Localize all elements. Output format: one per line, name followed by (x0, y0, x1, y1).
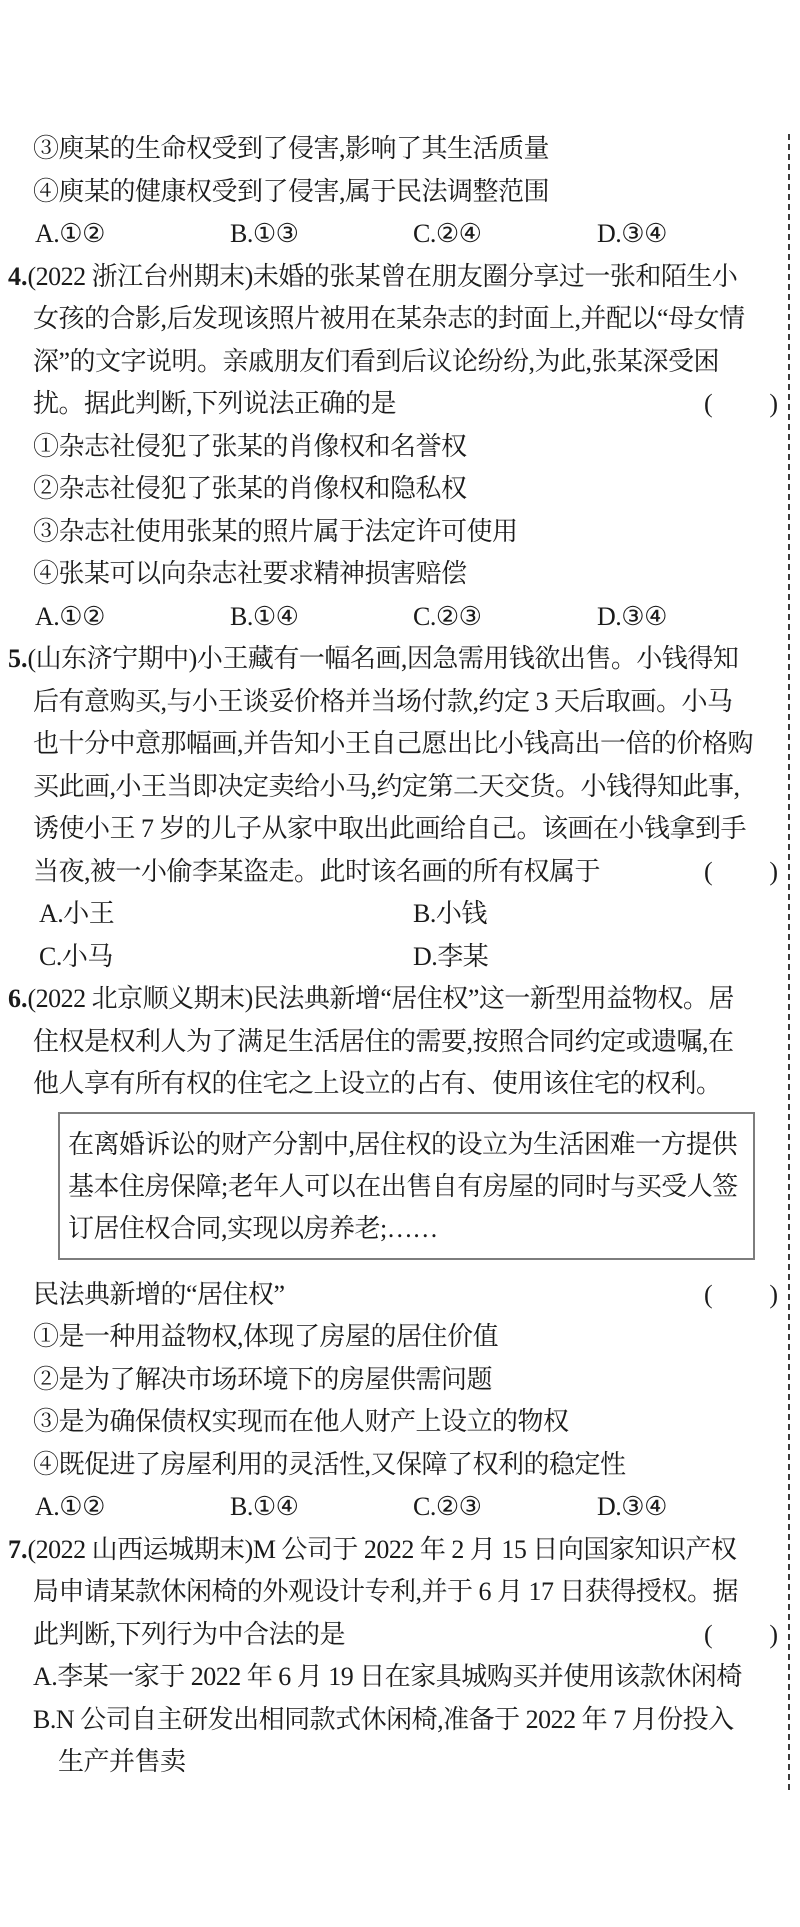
question-number: 5. (8, 644, 28, 673)
answer-options-row: A.小王 B.小钱 (0, 893, 780, 936)
question-line: 后有意购买,与小王谈妥价格并当场付款,约定 3 天后取画。小马 (0, 681, 780, 724)
statement-item: ④既促进了房屋利用的灵活性,又保障了权利的稳定性 (0, 1444, 780, 1487)
question-line: 局申请某款休闲椅的外观设计专利,并于 6 月 17 日获得授权。据 (0, 1571, 780, 1614)
question-line: 他人享有所有权的住宅之上设立的占有、使用该住宅的权利。 (0, 1063, 780, 1106)
question-stem-line: 此判断,下列行为中合法的是 ( ) (0, 1614, 780, 1657)
material-line: 基本住房保障;老年人可以在出售自有房屋的同时与买受人签 (68, 1166, 747, 1208)
answer-bracket: ( ) (704, 851, 778, 894)
question-text: 此判断,下列行为中合法的是 (33, 1614, 345, 1657)
option-c: C.小马 (39, 936, 413, 979)
option-d: D.③④ (597, 1486, 667, 1529)
bracket-open: ( (704, 1274, 713, 1317)
statement-item: ②是为了解决市场环境下的房屋供需问题 (0, 1359, 780, 1402)
question-text: (2022 浙江台州期末)未婚的张某曾在朋友圈分享过一张和陌生小 (28, 262, 738, 291)
statement-item: ④张某可以向杂志社要求精神损害赔偿 (0, 553, 780, 596)
option-a: A.①② (35, 1486, 230, 1529)
question-line: 买此画,小王当即决定卖给小马,约定第二天交货。小钱得知此事, (0, 766, 780, 809)
question-4-header: 4.(2022 浙江台州期末)未婚的张某曾在朋友圈分享过一张和陌生小 (0, 256, 780, 299)
answer-options-row: A.①② B.①③ C.②④ D.③④ (0, 213, 780, 256)
page-edge-dashed-divider (788, 134, 790, 1790)
question-line: 女孩的合影,后发现该照片被用在某杂志的封面上,并配以“母女情 (0, 298, 780, 341)
question-stem-line: 当夜,被一小偷李某盗走。此时该名画的所有权属于 ( ) (0, 851, 780, 894)
question-line: 也十分中意那幅画,并告知小王自己愿出比小钱高出一倍的价格购 (0, 723, 780, 766)
question-6-header: 6.(2022 北京顺义期末)民法典新增“居住权”这一新型用益物权。居 (0, 978, 780, 1021)
question-line: 住权是权利人为了满足生活居住的需要,按照合同约定或遗嘱,在 (0, 1021, 780, 1064)
question-text: (2022 山西运城期末)M 公司于 2022 年 2 月 15 日向国家知识产… (28, 1535, 737, 1564)
question-text: 扰。据此判断,下列说法正确的是 (33, 383, 396, 426)
question-stem-line: 扰。据此判断,下列说法正确的是 ( ) (0, 383, 780, 426)
question-number: 7. (8, 1535, 28, 1564)
option-c: C.②④ (413, 213, 597, 256)
option-a: A.①② (35, 213, 230, 256)
exam-page-content: ③庾某的生命权受到了侵害,影响了其生活质量 ④庾某的健康权受到了侵害,属于民法调… (0, 128, 780, 1784)
option-d: D.③④ (597, 213, 667, 256)
material-box: 在离婚诉讼的财产分割中,居住权的设立为生活困难一方提供 基本住房保障;老年人可以… (58, 1112, 755, 1260)
statement-item: ①杂志社侵犯了张某的肖像权和名誉权 (0, 426, 780, 469)
question-5-header: 5.(山东济宁期中)小王藏有一幅名画,因急需用钱欲出售。小钱得知 (0, 638, 780, 681)
question-stem-line: 民法典新增的“居住权” ( ) (0, 1274, 780, 1317)
question-7-header: 7.(2022 山西运城期末)M 公司于 2022 年 2 月 15 日向国家知… (0, 1529, 780, 1572)
question-number: 4. (8, 262, 28, 291)
material-line: 订居住权合同,实现以房养老;…… (68, 1208, 747, 1250)
answer-options-row: A.①② B.①④ C.②③ D.③④ (0, 596, 780, 639)
answer-bracket: ( ) (704, 1614, 778, 1657)
statement-item: ④庾某的健康权受到了侵害,属于民法调整范围 (0, 171, 780, 214)
option-c: C.②③ (413, 1486, 597, 1529)
question-number: 6. (8, 984, 28, 1013)
statement-item: ②杂志社侵犯了张某的肖像权和隐私权 (0, 468, 780, 511)
option-d: D.③④ (597, 596, 667, 639)
statement-item: ③是为确保债权实现而在他人财产上设立的物权 (0, 1401, 780, 1444)
question-text: (2022 北京顺义期末)民法典新增“居住权”这一新型用益物权。居 (28, 984, 734, 1013)
answer-options-row: C.小马 D.李某 (0, 936, 780, 979)
bracket-close: ) (769, 851, 778, 894)
question-line: 诱使小王 7 岁的儿子从家中取出此画给自己。该画在小钱拿到手 (0, 808, 780, 851)
option-b: B.小钱 (413, 893, 487, 936)
material-line: 在离婚诉讼的财产分割中,居住权的设立为生活困难一方提供 (68, 1124, 747, 1166)
option-a: A.①② (35, 596, 230, 639)
bracket-close: ) (769, 1274, 778, 1317)
answer-bracket: ( ) (704, 383, 778, 426)
question-text: 当夜,被一小偷李某盗走。此时该名画的所有权属于 (33, 851, 600, 894)
statement-item: ③杂志社使用张某的照片属于法定许可使用 (0, 511, 780, 554)
option-b: B.①④ (230, 596, 413, 639)
option-c: C.②③ (413, 596, 597, 639)
question-text: (山东济宁期中)小王藏有一幅名画,因急需用钱欲出售。小钱得知 (28, 644, 739, 673)
answer-options-row: A.①② B.①④ C.②③ D.③④ (0, 1486, 780, 1529)
bracket-close: ) (769, 383, 778, 426)
question-line: 深”的文字说明。亲戚朋友们看到后议论纷纷,为此,张某深受困 (0, 341, 780, 384)
option-b: B.①③ (230, 213, 413, 256)
bracket-open: ( (704, 851, 713, 894)
statement-item: ③庾某的生命权受到了侵害,影响了其生活质量 (0, 128, 780, 171)
option-d: D.李某 (413, 936, 488, 979)
option-b: B.①④ (230, 1486, 413, 1529)
bracket-close: ) (769, 1614, 778, 1657)
option-a: A.小王 (39, 893, 413, 936)
option-b-continuation: 生产并售卖 (0, 1741, 780, 1784)
option-a-line: A.李某一家于 2022 年 6 月 19 日在家具城购买并使用该款休闲椅 (0, 1656, 780, 1699)
answer-bracket: ( ) (704, 1274, 778, 1317)
statement-item: ①是一种用益物权,体现了房屋的居住价值 (0, 1316, 780, 1359)
bracket-open: ( (704, 1614, 713, 1657)
question-text: 民法典新增的“居住权” (33, 1274, 285, 1317)
option-b-line: B.N 公司自主研发出相同款式休闲椅,准备于 2022 年 7 月份投入 (0, 1699, 780, 1742)
bracket-open: ( (704, 383, 713, 426)
